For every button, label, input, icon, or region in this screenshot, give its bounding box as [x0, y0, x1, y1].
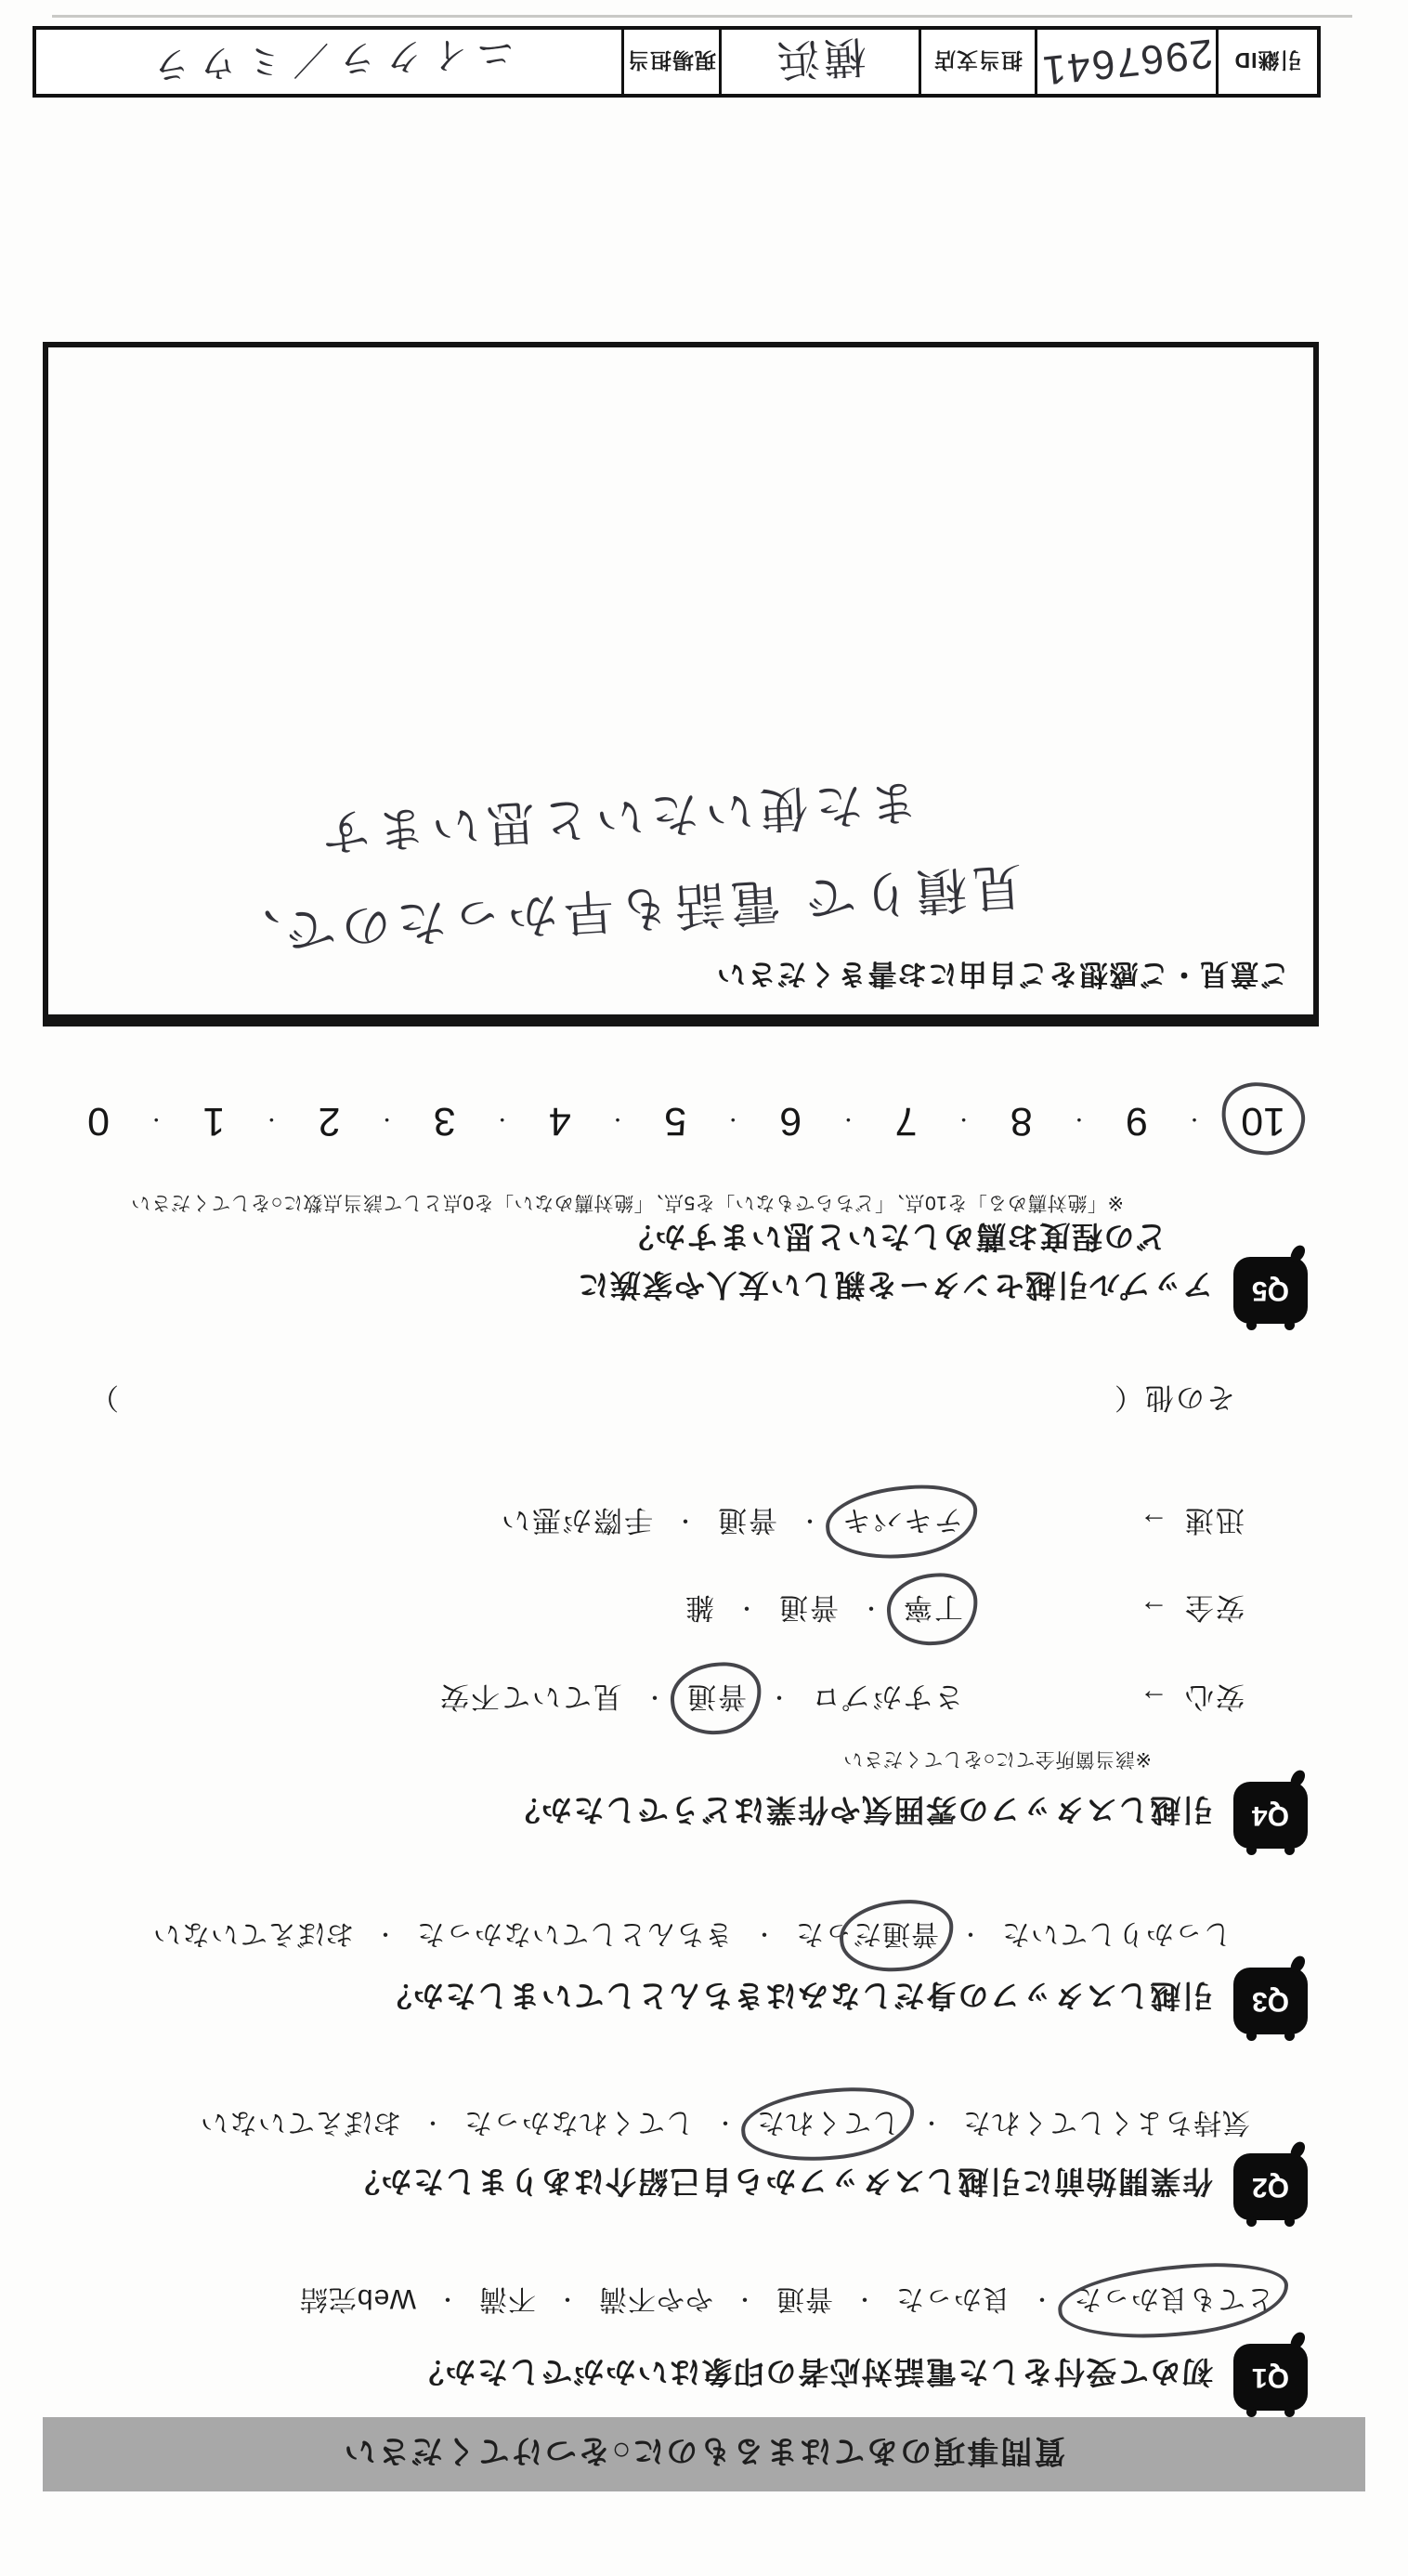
handover-id-label-cell: 引継ID: [1219, 30, 1317, 94]
separator: ・: [672, 1507, 697, 1539]
separator: ・: [608, 1107, 627, 1134]
site-staff-value: ニイクラ／ミウラ: [143, 29, 515, 95]
comment-box-header: ご意見・ご感想をご自由にお書きください: [716, 956, 1290, 998]
q4-badge: Q4: [1233, 1782, 1308, 1849]
q4-other-row: その他 （ ）: [88, 1380, 1235, 1421]
q1-text: 初めて受付をした電話対応者の印象はいかがでしたか？: [412, 2347, 1214, 2411]
separator: ・: [1070, 1107, 1089, 1134]
scale-8: 8: [1005, 1096, 1038, 1145]
question-1: Q1 初めて受付をした電話対応者の印象はいかがでしたか？: [412, 2344, 1309, 2411]
scale-9: 9: [1120, 1096, 1154, 1145]
q3-options: しっかりしていた・ 普通だった・ きちんとしていなかった・ おぼえていない: [149, 1916, 1235, 1958]
separator: ・: [955, 1107, 973, 1134]
separator: ・: [853, 2286, 876, 2319]
site-staff-label-cell: 現場担当: [624, 30, 722, 94]
q2-text: 作業開始前に引越しスタッフから自己紹介はありましたか？: [348, 2157, 1214, 2220]
q2-option: 気持ちよくしてくれた: [958, 2104, 1254, 2147]
handover-id-label: 引継ID: [1234, 46, 1302, 77]
scale-3: 3: [428, 1096, 462, 1145]
paren-close: ）: [88, 1380, 119, 1421]
scale-10-selected: 10: [1235, 1096, 1291, 1145]
q4-row-jinsoku: 迅速 → テキパキ・ 普通・ 手際が悪い: [496, 1501, 1245, 1545]
q4-row3-option-selected: テキパキ: [837, 1501, 967, 1545]
separator: ・: [766, 1683, 790, 1716]
q4-badge-label: Q4: [1252, 1799, 1289, 1831]
q4-row1-option: 見ていて不安: [435, 1678, 626, 1721]
separator: ・: [147, 1107, 165, 1134]
q4-row3-option: 普通: [712, 1501, 781, 1545]
q1-option: 不満: [475, 2281, 540, 2323]
separator: ・: [436, 2286, 459, 2319]
separator: ・: [1185, 1107, 1204, 1134]
scale-0: 0: [82, 1096, 115, 1145]
scale-4: 4: [543, 1096, 577, 1145]
q2-badge: Q2: [1233, 2153, 1308, 2220]
site-staff-value-cell: ニイクラ／ミウラ: [36, 30, 624, 94]
q3-badge: Q3: [1233, 1968, 1308, 2034]
scale-7: 7: [890, 1096, 923, 1145]
q3-option: しっかりしていた: [997, 1916, 1235, 1958]
arrow: →: [1138, 1594, 1168, 1628]
q5-note: ※「絶対薦める」を10点、「どちらでもない」を5点、「絶対薦めない」を0点として…: [131, 1190, 1124, 1218]
comment-box: ご意見・ご感想をご自由にお書きください 見積りで 電話も早かったので、 また使い…: [43, 342, 1319, 1026]
separator: ・: [421, 2110, 444, 2142]
q1-option: Web完結: [295, 2281, 420, 2323]
separator: ・: [839, 1107, 857, 1134]
separator: ・: [797, 1507, 821, 1539]
paren-open: （: [1113, 1380, 1143, 1421]
q3-option: おぼえていない: [149, 1916, 358, 1958]
q1-options: とても良かった・ 良かった・ 普通・ やや不満・ 不満・ Web完結: [295, 2281, 1278, 2323]
handover-id-value-cell: 2967641: [1037, 30, 1219, 94]
q2-badge-label: Q2: [1252, 2171, 1289, 2203]
q4-row1-option: さすがプロ: [806, 1678, 967, 1721]
q4-note: ※該当箇所全てに○をしてください: [843, 1746, 1152, 1774]
q5-badge: Q5: [1233, 1257, 1308, 1324]
q2-option: してくれなかった: [460, 2104, 697, 2147]
separator: ・: [734, 1594, 758, 1627]
other-label: その他: [1143, 1380, 1235, 1421]
q1-option: 普通: [772, 2281, 837, 2323]
scale-5: 5: [658, 1096, 692, 1145]
q5-text-line1: アップル引越センターを親しい友人や家族に: [577, 1261, 1213, 1309]
branch-value-cell: 横浜: [722, 30, 921, 94]
separator: ・: [919, 2110, 943, 2142]
q4-row2-option: 普通: [774, 1589, 842, 1632]
branch-label: 担当支店: [933, 46, 1023, 77]
q4-row1-option-selected: 普通: [682, 1678, 750, 1721]
q3-text: 引越しスタッフの身だしなみはきちんとしていましたか？: [380, 1971, 1213, 2034]
trait-label: 安心: [1183, 1679, 1245, 1720]
q1-option: やや不満: [594, 2281, 717, 2323]
q1-option-selected: とても良かった: [1069, 2281, 1278, 2323]
separator: ・: [373, 1921, 397, 1954]
q2-options: 気持ちよくしてくれた・ してくれた・ してくれなかった・ おぼえていない: [196, 2104, 1254, 2147]
separator: ・: [858, 1594, 882, 1627]
arrow: →: [1138, 1507, 1168, 1540]
question-3: Q3 引越しスタッフの身だしなみはきちんとしていましたか？: [380, 1968, 1308, 2034]
scale-6: 6: [774, 1096, 807, 1145]
separator: ・: [733, 2286, 756, 2319]
q1-badge: Q1: [1233, 2344, 1308, 2411]
q1-option: 良かった: [892, 2281, 1014, 2323]
instruction-bar: 質問事項のあてはまるものに○をつけてください: [43, 2417, 1365, 2491]
q5-text: アップル引越センターを親しい友人や家族に どの程度お薦めしたいと思いますか？: [577, 1212, 1213, 1324]
scale-2: 2: [313, 1096, 346, 1145]
scale-1: 1: [197, 1096, 230, 1145]
arrow: →: [1138, 1683, 1168, 1717]
separator: ・: [958, 1921, 982, 1954]
instruction-text: 質問事項のあてはまるものに○をつけてください: [343, 2432, 1066, 2478]
separator: ・: [713, 2110, 737, 2142]
q5-badge-label: Q5: [1252, 1275, 1289, 1306]
upside-down-scan-content: 質問事項のあてはまるものに○をつけてください Q1 初めて受付をした電話対応者の…: [0, 0, 1408, 2576]
q4-row-anshin: 安心 → さすがプロ・ 普通・ 見ていて不安: [435, 1678, 1245, 1721]
q4-row3-option: 手際が悪い: [496, 1501, 657, 1545]
separator: ・: [724, 1107, 742, 1134]
site-staff-label: 現場担当: [627, 46, 716, 77]
trait-label: 安全: [1183, 1589, 1245, 1631]
question-4: Q4 引越しスタッフの雰囲気や作業はどうでしたか？: [508, 1782, 1308, 1849]
separator: ・: [493, 1107, 512, 1134]
q1-badge-label: Q1: [1252, 2361, 1289, 2393]
scan-edge-shadow: [52, 15, 1352, 18]
q4-row2-option: 雑: [680, 1589, 718, 1632]
q2-option-selected: してくれた: [752, 2104, 904, 2147]
q3-option-selected: 普通だった: [791, 1916, 943, 1958]
separator: ・: [1030, 2286, 1053, 2319]
separator: ・: [378, 1107, 397, 1134]
separator: ・: [555, 2286, 579, 2319]
q3-badge-label: Q3: [1252, 1985, 1289, 2017]
branch-label-cell: 担当支店: [921, 30, 1037, 94]
q2-option: おぼえていない: [196, 2104, 405, 2147]
separator: ・: [642, 1683, 666, 1716]
q5-text-line2: どの程度お薦めしたいと思いますか？: [577, 1212, 1167, 1261]
trait-label: 迅速: [1183, 1502, 1245, 1544]
q4-row2-option-selected: 丁寧: [898, 1589, 967, 1632]
separator: ・: [752, 1921, 776, 1954]
branch-value: 横浜: [772, 29, 867, 95]
question-5: Q5 アップル引越センターを親しい友人や家族に どの程度お薦めしたいと思いますか…: [577, 1212, 1308, 1324]
staff-id-table: 引継ID 2967641 担当支店 横浜 現場担当 ニイクラ／ミウラ: [33, 26, 1321, 98]
nps-scale: 10・ 9・ 8・ 7・ 6・ 5・ 4・ 3・ 2・ 1・ 0: [82, 1096, 1291, 1145]
q3-option: きちんとしていなかった: [412, 1916, 737, 1958]
q4-text: 引越しスタッフの雰囲気や作業はどうでしたか？: [508, 1785, 1213, 1849]
scanned-survey-page: 質問事項のあてはまるものに○をつけてください Q1 初めて受付をした電話対応者の…: [0, 0, 1408, 2576]
question-2: Q2 作業開始前に引越しスタッフから自己紹介はありましたか？: [348, 2153, 1309, 2220]
handwritten-comment-line2: また使いたいと思います: [314, 771, 919, 872]
q4-row-anzen: 安全 → 丁寧・ 普通・ 雑: [680, 1589, 1245, 1632]
separator: ・: [262, 1107, 280, 1134]
handover-id-value: 2967641: [1038, 30, 1215, 94]
